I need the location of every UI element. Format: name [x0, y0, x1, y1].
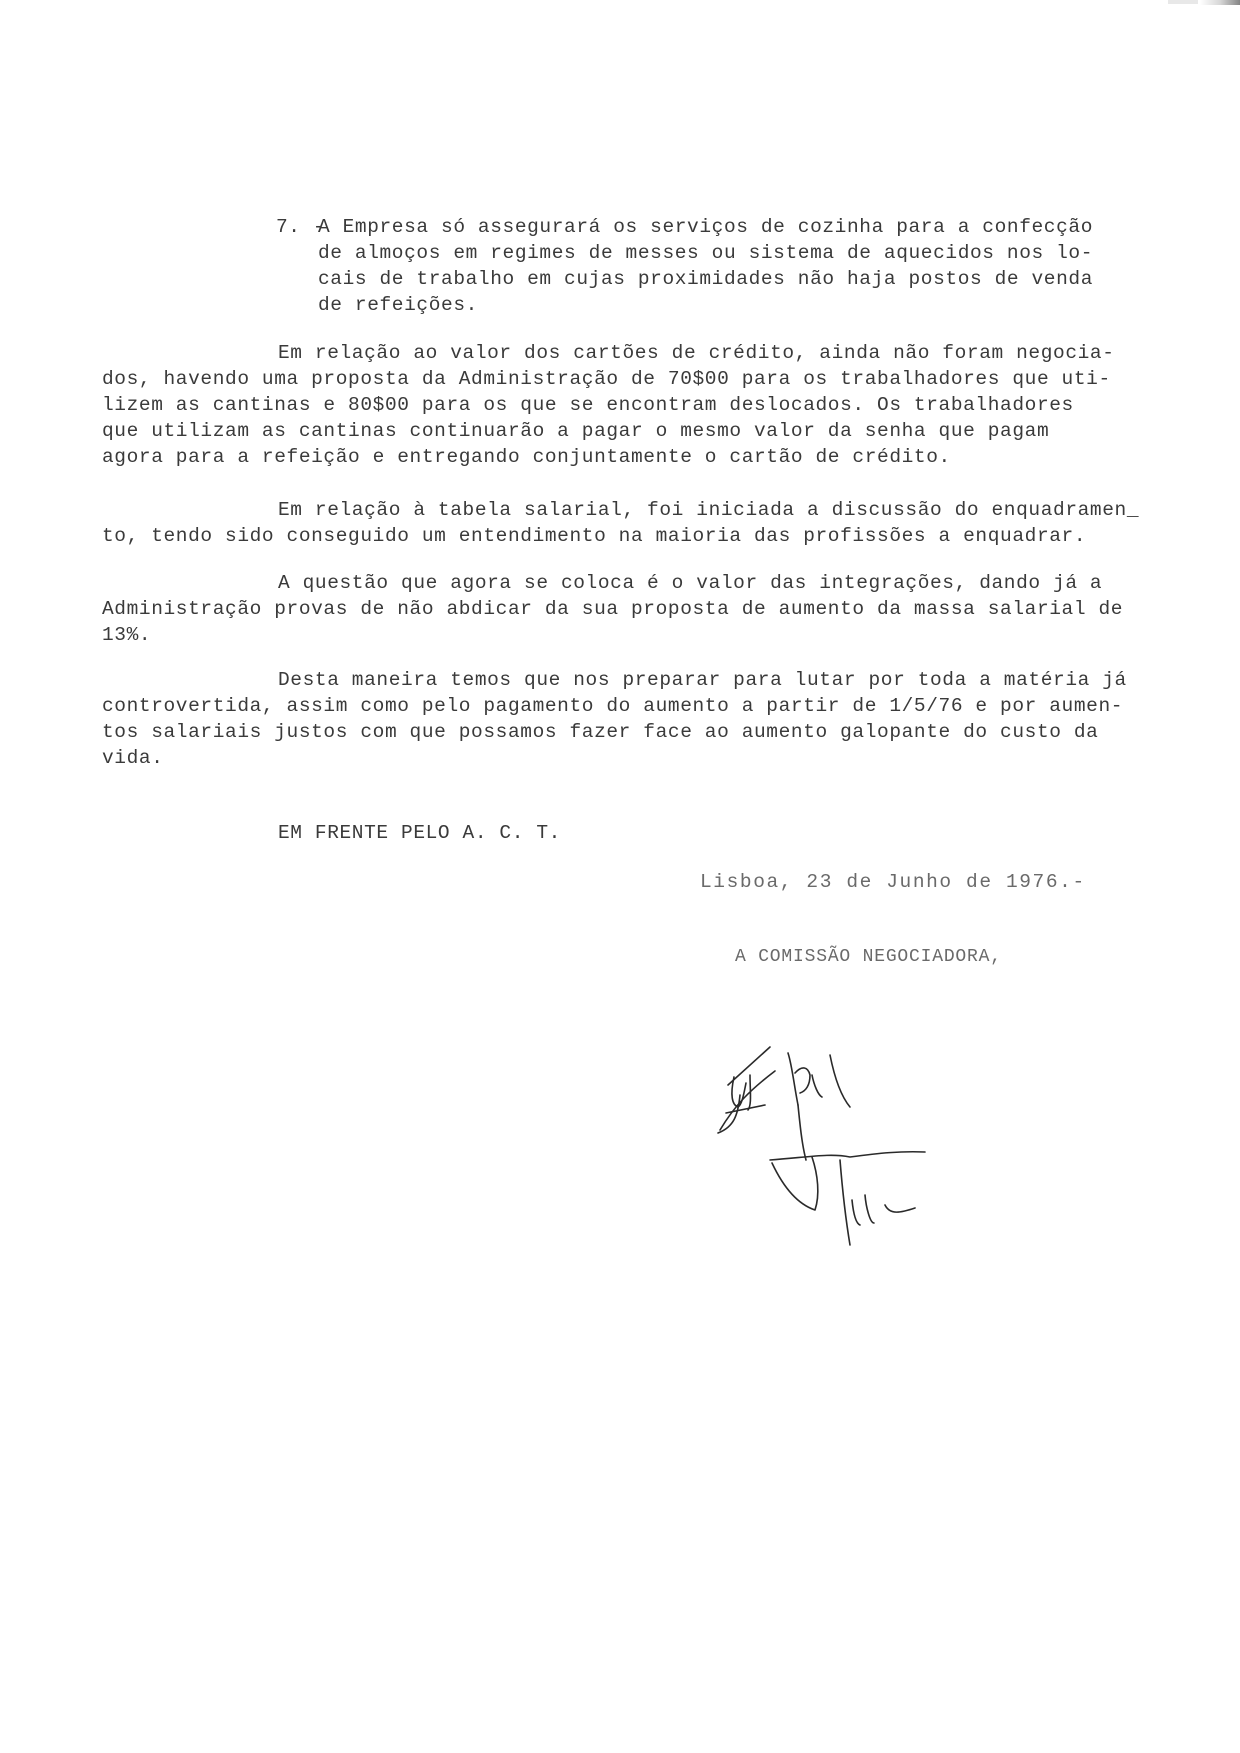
- paragraph-integrations: A questão que agora se coloca é o valor …: [102, 570, 1132, 648]
- paragraph-line: vida.: [102, 745, 1132, 771]
- paragraph-meal-cards: Em relação ao valor dos cartões de crédi…: [102, 340, 1132, 470]
- paragraph-line: A questão que agora se coloca é o valor …: [102, 570, 1132, 596]
- dateline: Lisboa, 23 de Junho de 1976.-: [700, 869, 1086, 895]
- paragraph-line: to, tendo sido conseguido um entendiment…: [102, 523, 1132, 549]
- item-line: cais de trabalho em cujas proximidades n…: [318, 266, 1093, 292]
- paragraph-line: Desta maneira temos que nos preparar par…: [102, 667, 1132, 693]
- item-text: A Empresa só assegurará os serviços de c…: [318, 214, 1093, 318]
- paragraph-line: Em relação à tabela salarial, foi inicia…: [102, 497, 1132, 523]
- paragraph-line: dos, havendo uma proposta da Administraç…: [102, 366, 1132, 392]
- scan-smudge: [1200, 0, 1240, 5]
- closing-slogan: EM FRENTE PELO A. C. T.: [278, 820, 561, 846]
- paragraph-struggle: Desta maneira temos que nos preparar par…: [102, 667, 1132, 771]
- paragraph-line: lizem as cantinas e 80$00 para os que se…: [102, 392, 1132, 418]
- paragraph-line: 13%.: [102, 622, 1132, 648]
- document-page: 7. - A Empresa só assegurará os serviços…: [0, 0, 1240, 1753]
- paragraph-line: tos salariais justos com que possamos fa…: [102, 719, 1132, 745]
- paragraph-line: agora para a refeição e entregando conju…: [102, 444, 1132, 470]
- paragraph-line: Em relação ao valor dos cartões de crédi…: [102, 340, 1132, 366]
- paragraph-salary-table: Em relação à tabela salarial, foi inicia…: [102, 497, 1132, 549]
- paragraph-line: que utilizam as cantinas continuarão a p…: [102, 418, 1132, 444]
- paragraph-line: Administração provas de não abdicar da s…: [102, 596, 1132, 622]
- signatory: A COMISSÃO NEGOCIADORA,: [735, 944, 1002, 970]
- item-line: de refeições.: [318, 292, 1093, 318]
- item-line: de almoços em regimes de messes ou siste…: [318, 240, 1093, 266]
- scan-smudge: [1168, 0, 1198, 4]
- handwritten-signature-icon: [690, 1035, 930, 1255]
- paragraph-line: controvertida, assim como pelo pagamento…: [102, 693, 1132, 719]
- item-line: A Empresa só assegurará os serviços de c…: [318, 214, 1093, 240]
